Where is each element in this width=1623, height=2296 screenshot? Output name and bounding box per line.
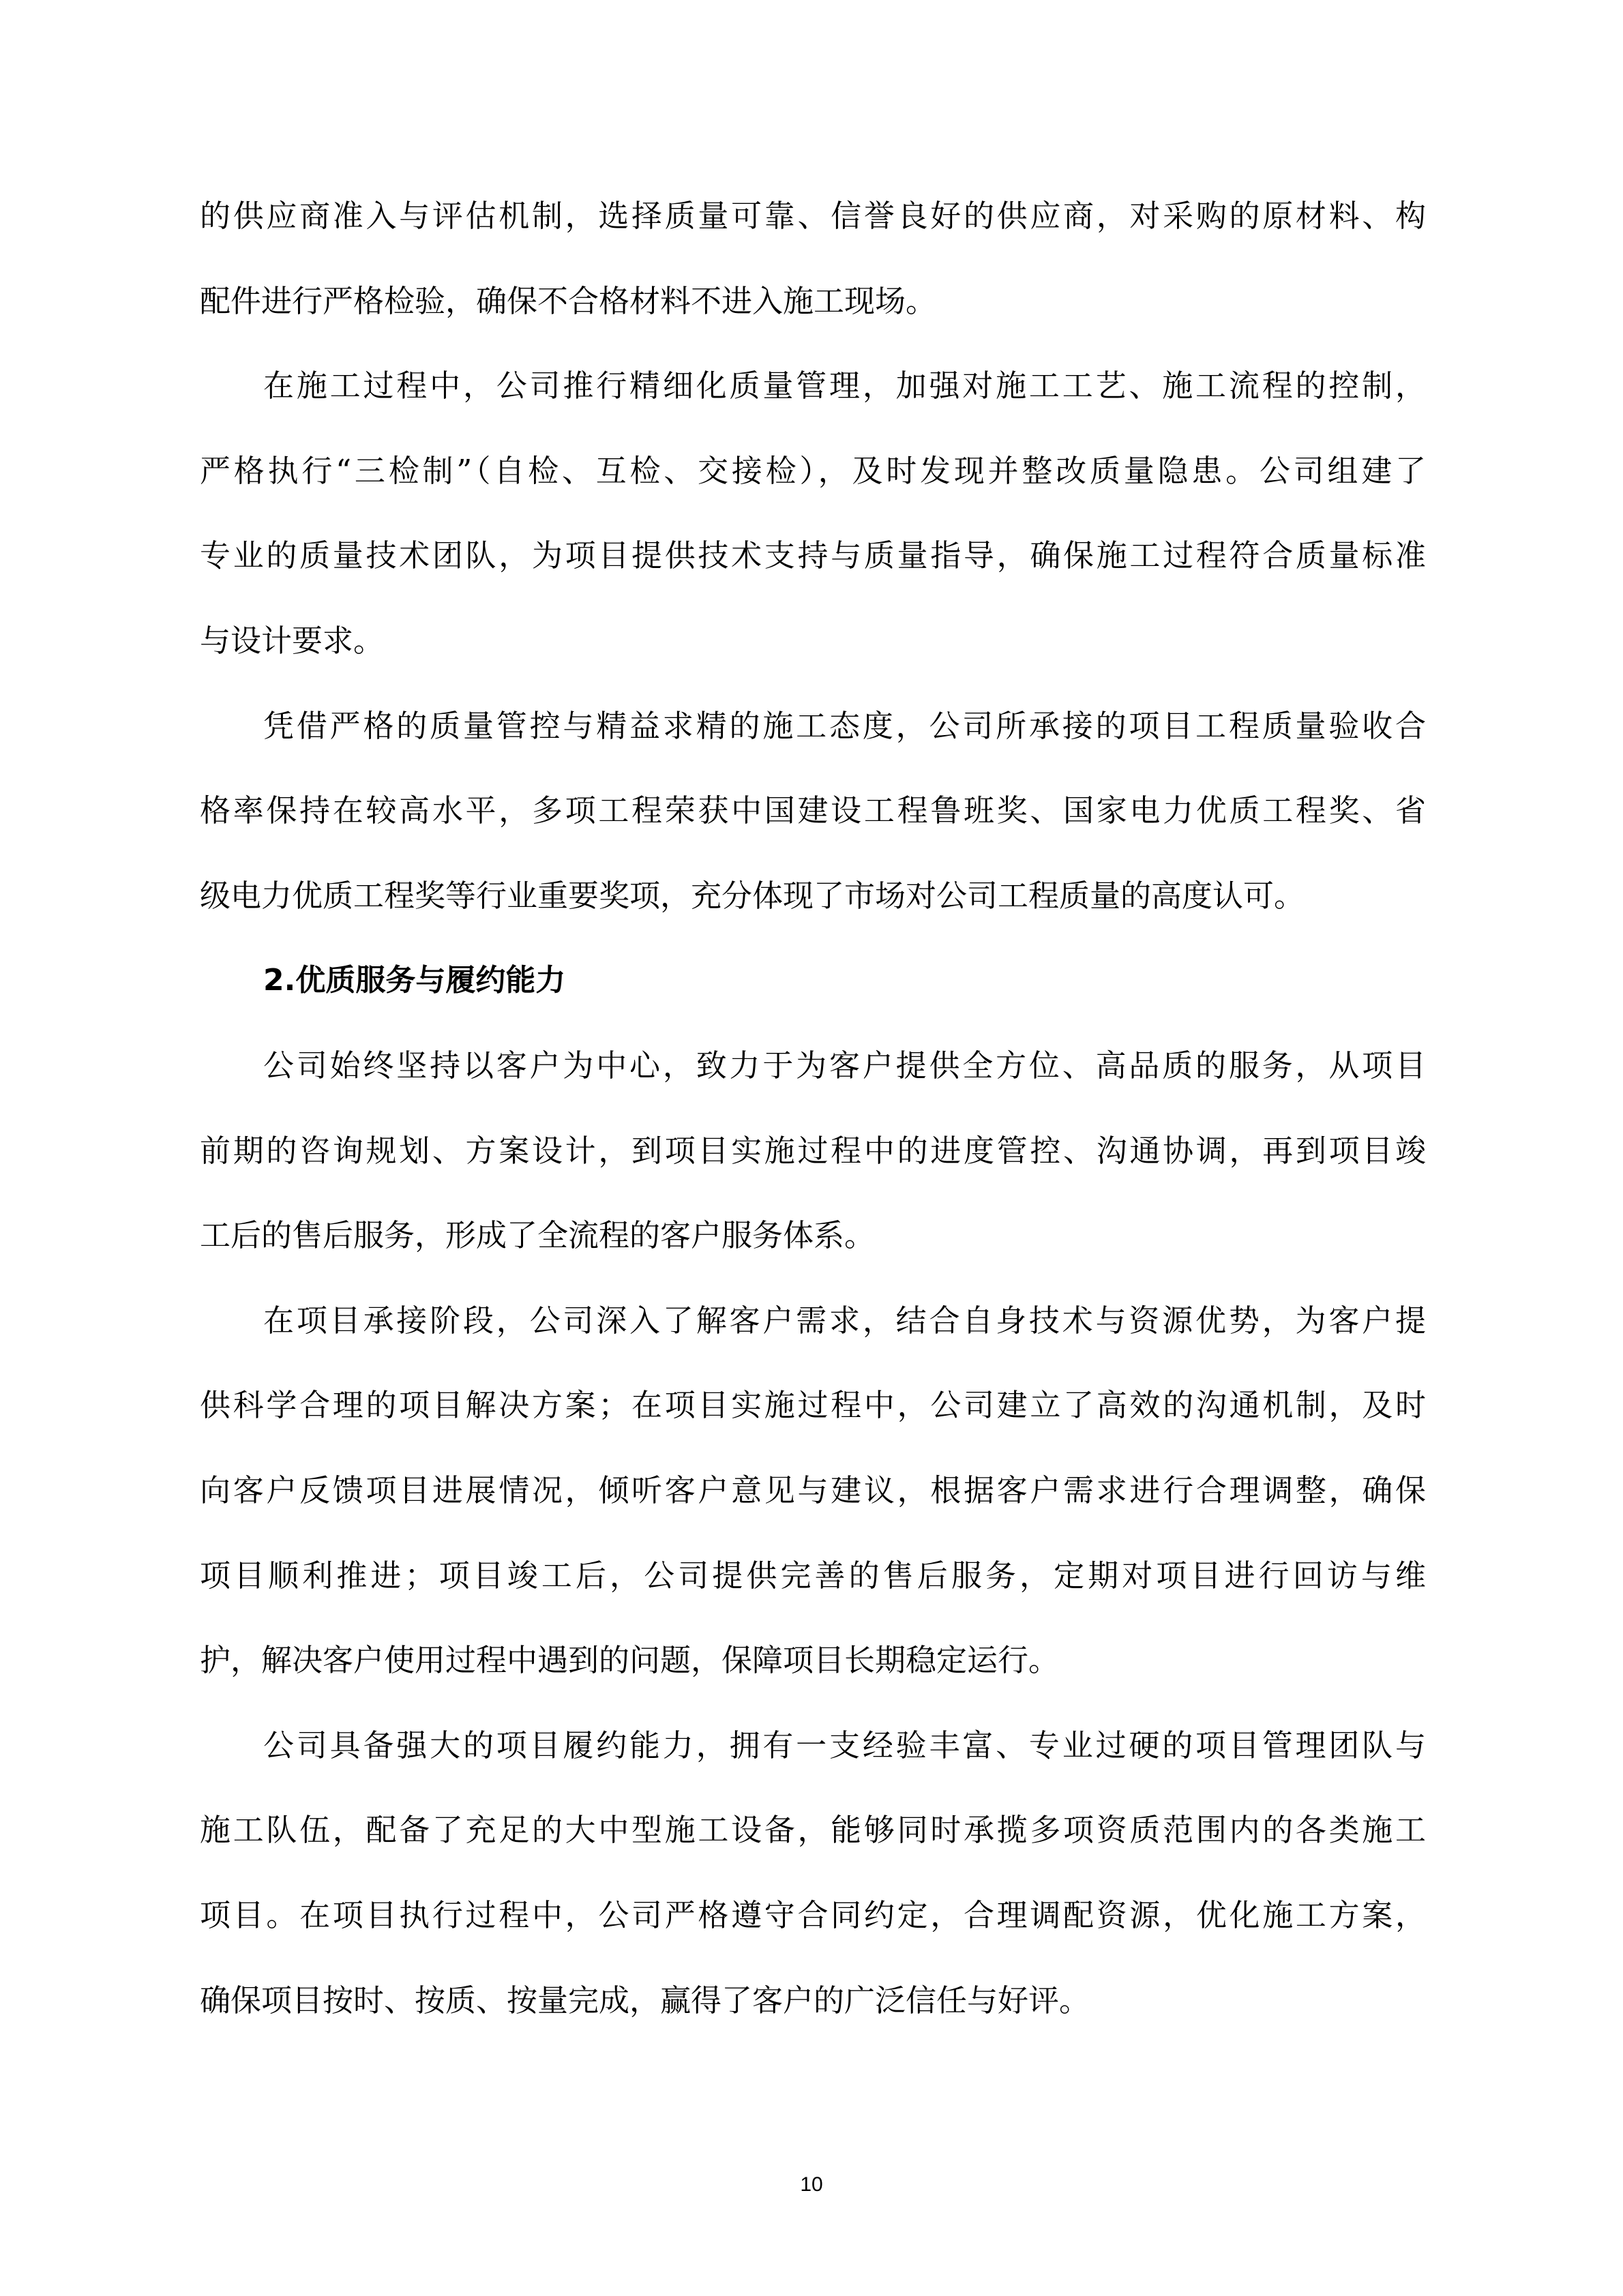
body-text-line: 配件进行严格检验，确保不合格材料不进入施工现场。 (200, 282, 1426, 320)
body-text-line: 前期的咨询规划、方案设计，到项目实施过程中的进度管控、沟通协调，再到项目竣 (200, 1132, 1426, 1170)
body-text-line: 凭借严格的质量管控与精益求精的施工态度，公司所承接的项目工程质量验收合 (263, 707, 1426, 745)
body-text-line: 格率保持在较高水平，多项工程荣获中国建设工程鲁班奖、国家电力优质工程奖、省 (200, 792, 1426, 830)
page-number: 10 (0, 2173, 1623, 2197)
body-text-line: 工后的售后服务，形成了全流程的客户服务体系。 (200, 1217, 1426, 1255)
body-text-line: 专业的质量技术团队，为项目提供技术支持与质量指导，确保施工过程符合质量标准 (200, 537, 1426, 575)
body-text-line: 护，解决客户使用过程中遇到的问题，保障项目长期稳定运行。 (200, 1641, 1426, 1680)
body-text-line: 严格执行“三检制”（自检、互检、交接检），及时发现并整改质量隐患。公司组建了 (200, 452, 1426, 490)
body-text-line: 供科学合理的项目解决方案；在项目实施过程中，公司建立了高效的沟通机制，及时 (200, 1386, 1426, 1425)
body-text-line: 的供应商准入与评估机制，选择质量可靠、信誉良好的供应商，对采购的原材料、构 (200, 197, 1426, 235)
body-text-line: 项目。在项目执行过程中，公司严格遵守合同约定，合理调配资源，优化施工方案， (200, 1896, 1426, 1935)
body-text-line: 确保项目按时、按质、按量完成，赢得了客户的广泛信任与好评。 (200, 1982, 1426, 2020)
body-text-line: 公司具备强大的项目履约能力，拥有一支经验丰富、专业过硬的项目管理团队与 (263, 1727, 1426, 1765)
body-text-line: 施工队伍，配备了充足的大中型施工设备，能够同时承揽多项资质范围内的各类施工 (200, 1811, 1426, 1849)
section-heading: 2.优质服务与履约能力 (263, 961, 1426, 1000)
body-text-line: 与设计要求。 (200, 622, 1426, 660)
body-text-line: 在施工过程中，公司推行精细化质量管理，加强对施工工艺、施工流程的控制， (263, 367, 1426, 405)
body-text-line: 向客户反馈项目进展情况，倾听客户意见与建议，根据客户需求进行合理调整，确保 (200, 1472, 1426, 1510)
body-text-line: 在项目承接阶段，公司深入了解客户需求，结合自身技术与资源优势，为客户提 (263, 1302, 1426, 1340)
document-page: 的供应商准入与评估机制，选择质量可靠、信誉良好的供应商，对采购的原材料、构 配件… (0, 0, 1623, 2296)
body-text-line: 公司始终坚持以客户为中心，致力于为客户提供全方位、高品质的服务，从项目 (263, 1047, 1426, 1085)
body-text-line: 级电力优质工程奖等行业重要奖项，充分体现了市场对公司工程质量的高度认可。 (200, 877, 1426, 915)
body-text-line: 项目顺利推进；项目竣工后，公司提供完善的售后服务，定期对项目进行回访与维 (200, 1557, 1426, 1595)
